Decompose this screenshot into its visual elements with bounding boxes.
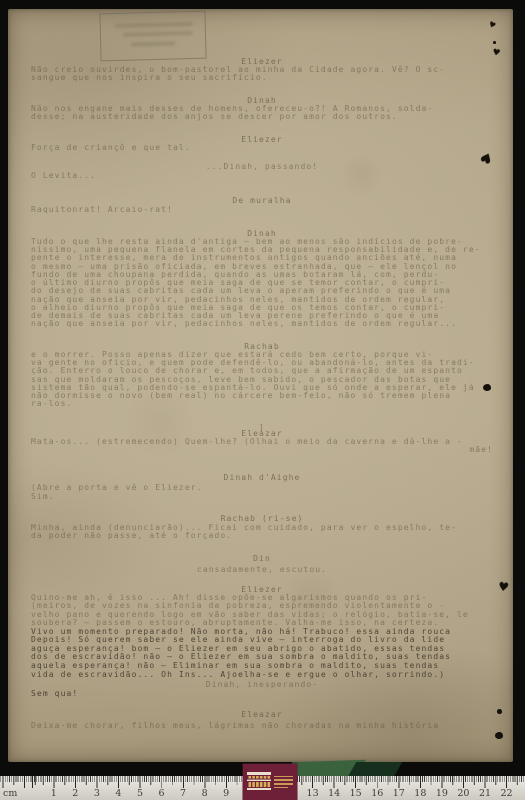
typescript-line: do desejo de suas cabritas cada um leva … [31,286,493,295]
ruler-number: 21 [479,788,491,799]
ruler-number: 14 [328,788,340,799]
ruler-unit-label: cm [3,788,17,799]
speaker-heading: Eleazar [31,710,493,719]
speaker-heading: De muralha [31,196,493,205]
typescript-line: (meiros, de vozes na sinfonia da pobreza… [31,601,493,610]
ink-blot [495,732,503,739]
ruler-number: 2 [72,788,78,799]
ruler-number: 8 [202,788,208,799]
ruler-number: 20 [457,788,469,799]
typescript-line: aquela esperança! não — Eliminar em sua … [31,661,493,670]
typescript-line: Deixa-me chorar, filhos meus, lágrimas n… [31,721,493,730]
typescript-line: Dinah, inesperando- [31,680,493,689]
typescript-line: ra-los. [31,399,493,408]
typescript-line: ção. Enterro o louco de chorar e, em tod… [31,366,493,375]
ruler-number: 17 [393,788,405,799]
ruler-number: 3 [94,788,100,799]
building-icon [246,770,272,794]
ruler-number: 19 [436,788,448,799]
ruler-number: 1 [51,788,57,799]
typescript-line: O Levita... [31,171,493,180]
ruler-number: 6 [159,788,165,799]
ruler-number: 9 [223,788,229,799]
typescript-line: da poder não passe, até o forçado. [31,531,493,540]
typescript-line: Sim. [31,492,493,501]
typescript-line: Sem qua! [31,689,493,698]
typescript-line: desse; na austeridade dos anjos se desce… [31,112,493,121]
ruler-number: 15 [350,788,362,799]
speaker-heading: Din [31,554,493,563]
typescript-line: vida de escravidão... Oh Ins... Ajoelha-… [31,670,493,679]
ink-blot [483,384,491,391]
typescript-line: cansadamente, escutou. [31,565,493,574]
ruler-number: 16 [371,788,383,799]
ruler-number: 7 [180,788,186,799]
typescript-line: (Abre a porta e vê o Eliezer. [31,483,493,492]
typescript-line: ...Dinah, passando! [31,162,493,171]
typescript-line: mãe! [31,445,493,454]
ruler-number: 18 [414,788,426,799]
logo-text-lines [274,776,293,788]
typescript-line: nação que anseia por vir, pedacinhos nel… [31,319,493,328]
typescript-line: dos de escravidão! não — o Eliezer em su… [31,652,493,661]
ruler-number: 5 [137,788,143,799]
typescript-line: pente o interesse, mera de instrumentos … [31,253,493,262]
scanned-document-view: EliezerNão creio ouvirdes, o bom-pastore… [0,0,525,800]
speaker-heading: Rachab (ri-se) [31,514,493,523]
ruler-number: 22 [501,788,513,799]
speaker-heading: Dinah d'Aighe [31,473,493,482]
ink-blot: ♥ [492,48,500,60]
typescript-line: Depois! Só querem saber se ele ainda viv… [31,635,493,644]
archive-logo [243,764,297,800]
ink-blot [493,41,496,44]
ink-blot [497,709,502,714]
ruler-number: 4 [115,788,121,799]
ruler-number: 13 [307,788,319,799]
text-layer: EliezerNão creio ouvirdes, o bom-pastore… [0,0,525,800]
typescript-line: sangue que nos inspira o seu sacrifício. [31,73,493,82]
typescript-line: Raquitonrat! Arcaio-rat! [31,205,493,214]
typescript-line: Força de criançô e que tal. [31,143,493,152]
typescript-line: soubera? — passem o estouro, abruptament… [31,618,493,627]
